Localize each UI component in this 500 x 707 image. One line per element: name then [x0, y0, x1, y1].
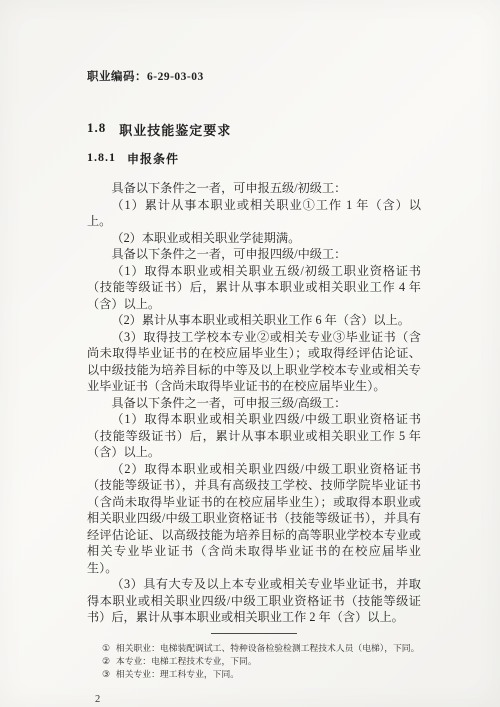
footnote-marker: ② — [102, 655, 110, 668]
footnote-text: 相关职业：电梯装配调试工、特种设备检验检测工程技术人员（电梯），下同。 — [116, 642, 420, 655]
footnote: ① 相关职业：电梯装配调试工、特种设备检验检测工程技术人员（电梯），下同。 — [102, 642, 421, 655]
footnote-marker: ① — [102, 642, 110, 655]
subsection-title: 申报条件 — [127, 150, 179, 167]
footnote-text: 本专业：电梯工程技术专业，下同。 — [116, 655, 257, 668]
footnote: ② 本专业：电梯工程技术专业，下同。 — [102, 655, 421, 668]
section-title: 职业技能鉴定要求 — [119, 120, 231, 139]
footnote-separator — [211, 633, 297, 634]
occupation-code: 职业编码：6-29-03-03 — [87, 68, 421, 84]
paragraph: （2）累计从事本职业或相关职业工作 6 年（含）以上。 — [87, 312, 421, 329]
document-page: 职业编码：6-29-03-03 1.8 职业技能鉴定要求 1.8.1 申报条件 … — [0, 0, 500, 707]
paragraph: （1）累计从事本职业或相关职业①工作 1 年（含）以上。 — [87, 197, 421, 230]
body-text: 具备以下条件之一者，可申报五级/初级工： （1）累计从事本职业或相关职业①工作 … — [87, 180, 421, 626]
footnote: ③ 相关专业：理工科专业，下同。 — [102, 668, 421, 681]
paragraph: （3）具有大专及以上本专业或相关专业毕业证书，并取得本职业或相关职业四级/中级工… — [87, 576, 421, 626]
subsection-heading: 1.8.1 申报条件 — [87, 150, 421, 167]
page-number: 2 — [87, 694, 421, 705]
section-heading: 1.8 职业技能鉴定要求 — [87, 120, 421, 139]
paragraph: （2）取得本职业或相关职业四级/中级工职业资格证书（技能等级证书），并具有高级技… — [87, 461, 421, 577]
footnote-marker: ③ — [102, 668, 110, 681]
paragraph: 具备以下条件之一者，可申报五级/初级工： — [87, 180, 421, 197]
footnote-text: 相关专业：理工科专业，下同。 — [116, 668, 239, 681]
paragraph: （2）本职业或相关职业学徒期满。 — [87, 230, 421, 247]
section-number: 1.8 — [87, 120, 106, 139]
page-content: 职业编码：6-29-03-03 1.8 职业技能鉴定要求 1.8.1 申报条件 … — [87, 0, 421, 705]
paragraph: （3）取得技工学校本专业②或相关专业③毕业证书（含尚未取得毕业证书的在校应届毕业… — [87, 329, 421, 395]
paragraph: 具备以下条件之一者，可申报四级/中级工： — [87, 246, 421, 263]
subsection-number: 1.8.1 — [87, 150, 116, 167]
footnotes: ① 相关职业：电梯装配调试工、特种设备检验检测工程技术人员（电梯），下同。 ② … — [87, 642, 421, 681]
paragraph: （1）取得本职业或相关职业五级/初级工职业资格证书（技能等级证书）后，累计从事本… — [87, 263, 421, 313]
paragraph: 具备以下条件之一者，可申报三级/高级工： — [87, 395, 421, 412]
paragraph: （1）取得本职业或相关职业四级/中级工职业资格证书（技能等级证书）后，累计从事本… — [87, 411, 421, 461]
